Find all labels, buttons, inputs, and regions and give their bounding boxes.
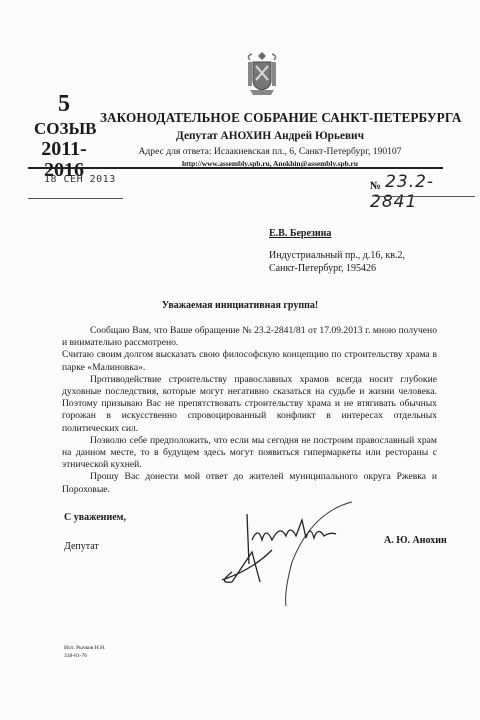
recipient-address-1: Индустриальный пр., д.16, кв.2, (269, 249, 405, 262)
letterhead: ЗАКОНОДАТЕЛЬНОЕ СОБРАНИЕ САНКТ-ПЕТЕРБУРГ… (100, 110, 440, 168)
executor-block: Исп. Рычков Н.Н. 318-81-76 (64, 645, 105, 660)
convocation-years-start: 2011- (34, 139, 94, 160)
recipient-address-2: Санкт-Петербург, 195426 (269, 262, 405, 275)
convocation-number: 5 (34, 92, 94, 116)
registration-number: № 23.2-2841 (370, 172, 480, 212)
letter-body: Сообщаю Вам, что Ваше обращение № 23.2-2… (62, 325, 437, 496)
letterhead-rule (28, 167, 443, 169)
date-line (28, 198, 123, 199)
paragraph-3: Противодействие строительству православн… (62, 374, 437, 435)
paragraph-4: Позволю себе предположить, что если мы с… (62, 435, 437, 472)
regards: С уважением, (64, 512, 126, 523)
paragraph-2: Считаю своим долгом высказать свою филос… (62, 349, 437, 373)
executor-phone: 318-81-76 (64, 653, 105, 661)
reg-number-line (375, 196, 475, 197)
signatory-name: А. Ю. Анохин (384, 535, 447, 546)
salutation: Уважаемая инициативная группа! (0, 300, 480, 311)
closing-block: С уважением, Депутат (64, 512, 126, 552)
deputy-line: Депутат АНОХИН Андрей Юрьевич (100, 130, 440, 142)
reg-number-handwritten: 23.2-2841 (370, 172, 434, 212)
reply-address: Адрес для ответа: Исаакиевская пл., 6, С… (100, 146, 440, 157)
convocation-word: СОЗЫВ (34, 120, 94, 137)
paragraph-5: Прошу Вас донести мой ответ до жителей м… (62, 471, 437, 495)
number-sign: № (370, 180, 381, 192)
paragraph-1: Сообщаю Вам, что Ваше обращение № 23.2-2… (62, 325, 437, 349)
organization-name: ЗАКОНОДАТЕЛЬНОЕ СОБРАНИЕ САНКТ-ПЕТЕРБУРГ… (100, 110, 440, 126)
executor-name: Исп. Рычков Н.Н. (64, 645, 105, 653)
date-stamp: 18 СЕН 2013 (44, 174, 116, 185)
coat-of-arms-icon (244, 50, 280, 98)
signatory-role: Депутат (64, 541, 126, 552)
signature-icon (212, 500, 362, 610)
recipient-name: Е.В. Березина (269, 227, 405, 240)
recipient-block: Е.В. Березина Индустриальный пр., д.16, … (269, 227, 405, 275)
